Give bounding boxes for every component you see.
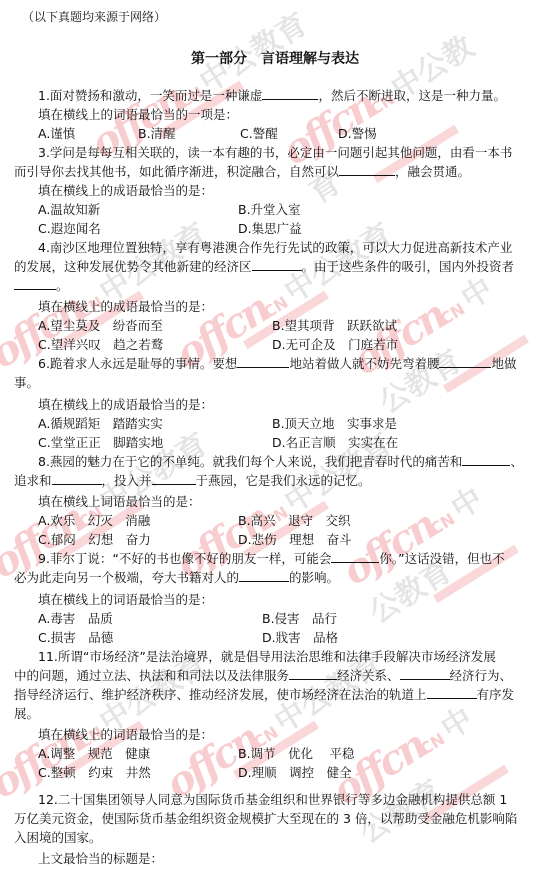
answer-blank bbox=[289, 666, 337, 680]
section-title: 第一部分 言语理解与表达 bbox=[0, 50, 550, 69]
option-c: C.郁闷 幻想 奋力 bbox=[38, 530, 151, 549]
option-b: B.调节 优化 平稳 bbox=[238, 744, 355, 763]
exam-page: offcnCN中公教育 offcnCN中公教育 offcnCN中公教育 offc… bbox=[0, 0, 550, 883]
option-c: C.损害 品德 bbox=[38, 628, 113, 647]
question-11-stem-cont: 指导经济运行、维护经济秩序、推动经济发展，使市场经济在法治的轨道上有序发 bbox=[14, 685, 514, 704]
question-6-prompt: 填在横线上的成语最恰当的是： bbox=[38, 395, 213, 414]
question-11-stem-cont: 中的问题，通过立法、执法和和司法以及法律服务经济关系、经济行为、 bbox=[14, 666, 512, 685]
question-9-stem-cont: 必为此走向另一个极端，夸大书籍对人的的影响。 bbox=[14, 568, 339, 587]
answer-blank bbox=[400, 666, 450, 680]
option-c: C.警醒 bbox=[240, 124, 278, 143]
question-4-stem-cont: 的发展，这种发展优势令其他新建的经济区。由于这些条件的吸引，国内外投资者 bbox=[14, 257, 514, 276]
answer-blank bbox=[252, 257, 302, 271]
question-12-prompt: 上文最恰当的标题是： bbox=[38, 849, 163, 868]
answer-blank bbox=[439, 354, 491, 368]
option-a: A.毒害 品质 bbox=[38, 609, 113, 628]
option-d: D.理顺 调控 健全 bbox=[238, 763, 352, 782]
option-a: A.谨慎 bbox=[38, 124, 75, 143]
source-note: （以下真题均来源于网络） bbox=[22, 8, 166, 27]
question-1-stem: 1.面对赞扬和激动，一笑而过是一种谦虚，然后不断进取，这是一种力量。 bbox=[38, 86, 506, 105]
option-c: C.堂堂正正 脚踏实地 bbox=[38, 433, 163, 452]
offcn-watermark: offcnCN中公教育 bbox=[324, 682, 523, 856]
option-b: B.清醒 bbox=[138, 124, 176, 143]
answer-blank bbox=[152, 471, 196, 485]
option-c: C.整顿 约束 井然 bbox=[38, 763, 151, 782]
option-d: D.戕害 品格 bbox=[262, 628, 338, 647]
question-9-prompt: 填在横线上的词语最恰当的是： bbox=[38, 590, 213, 609]
option-d: D.无可企及 门庭若市 bbox=[272, 335, 398, 354]
option-d: D.名正言顺 实实在在 bbox=[272, 433, 398, 452]
answer-blank bbox=[427, 685, 477, 699]
question-1-prompt: 填在横线上的词语最恰当的一项是： bbox=[38, 105, 238, 124]
question-3-stem-cont: 而引导你去找其他书，如此循序渐进，积淀融合，自然可以，融会贯通。 bbox=[14, 162, 470, 181]
offcn-watermark: offcnCN中公教育 bbox=[274, 15, 516, 216]
option-b: B.侵害 品行 bbox=[262, 609, 337, 628]
answer-blank bbox=[14, 276, 56, 290]
question-12-stem-cont: 万亿美元资金，使国际货币基金组织资金规模扩大至现在的 3 倍，以帮助受金融危机影… bbox=[14, 809, 517, 828]
question-8-prompt: 填在横线上词语最恰当的是： bbox=[38, 492, 201, 511]
question-9-stem: 9.菲尔丁说：“不好的书也像不好的朋友一样，可能会你。”这话没错，但也不 bbox=[38, 549, 505, 568]
question-12-stem: 12.二十国集团领导人同意为国际货币基金组织和世界银行等多边金融机构提供总额 1 bbox=[38, 790, 507, 809]
option-b: B.望其项背 跃跃欲试 bbox=[272, 316, 397, 335]
option-b: B.顶天立地 实事求是 bbox=[272, 414, 397, 433]
answer-blank bbox=[339, 162, 395, 176]
option-a: A.温故知新 bbox=[38, 200, 100, 219]
question-4-stem-cont: 。 bbox=[14, 276, 69, 295]
answer-blank bbox=[462, 452, 510, 466]
question-11-stem-cont: 展。 bbox=[14, 704, 39, 723]
option-b: B.升堂入室 bbox=[238, 200, 301, 219]
answer-blank bbox=[239, 568, 289, 582]
question-4-stem: 4.南沙区地理位置独特，享有粤港澳合作先行先试的政策，可以大力促进高新技术产业 bbox=[38, 238, 512, 257]
answer-blank bbox=[52, 471, 102, 485]
question-6-stem-cont: 事。 bbox=[14, 373, 39, 392]
question-4-prompt: 填在横线上的成语最恰当的是： bbox=[38, 297, 213, 316]
question-3-prompt: 填在横线上的成语最恰当的是： bbox=[38, 181, 213, 200]
question-12-stem-cont: 入困境的国家。 bbox=[14, 828, 102, 847]
option-b: B.高兴 退守 交织 bbox=[238, 511, 351, 530]
question-8-stem-cont: 追求和，投入并于燕园，它是我们永远的记忆。 bbox=[14, 471, 371, 490]
option-d: D.集思广益 bbox=[238, 219, 302, 238]
question-11-prompt: 填在横线上的词语最恰当的是： bbox=[38, 725, 213, 744]
question-8-stem: 8.燕园的魅力在于它的不单纯。就我们每个人来说，我们把青春时代的痛苦和、 bbox=[38, 452, 523, 471]
option-a: A.欢乐 幻灭 消融 bbox=[38, 511, 150, 530]
option-d: D.警惕 bbox=[338, 124, 377, 143]
question-6-stem: 6.跪着求人永远是耻辱的事情。要想地站着做人就不妨先弯着腰地做 bbox=[38, 354, 516, 373]
option-a: A.调整 规范 健康 bbox=[38, 744, 150, 763]
option-c: C.望洋兴叹 趋之若鹜 bbox=[38, 335, 163, 354]
option-c: C.遐迩闻名 bbox=[38, 219, 101, 238]
answer-blank bbox=[237, 354, 289, 368]
option-a: A.循规蹈矩 踏踏实实 bbox=[38, 414, 163, 433]
answer-blank bbox=[262, 86, 318, 100]
answer-blank bbox=[331, 549, 379, 563]
question-11-stem: 11.所谓“市场经济”是法治境界，就是倡导用法治思维和法律手段解决市场经济发展 bbox=[38, 647, 496, 666]
question-3-stem: 3.学问是每每互相关联的，读一本有趣的书，必定由一问题引起其他问题，由看一本书 bbox=[38, 143, 512, 162]
option-d: D.悲伤 理想 奋斗 bbox=[238, 530, 352, 549]
option-a: A.望尘莫及 纷沓而至 bbox=[38, 316, 163, 335]
